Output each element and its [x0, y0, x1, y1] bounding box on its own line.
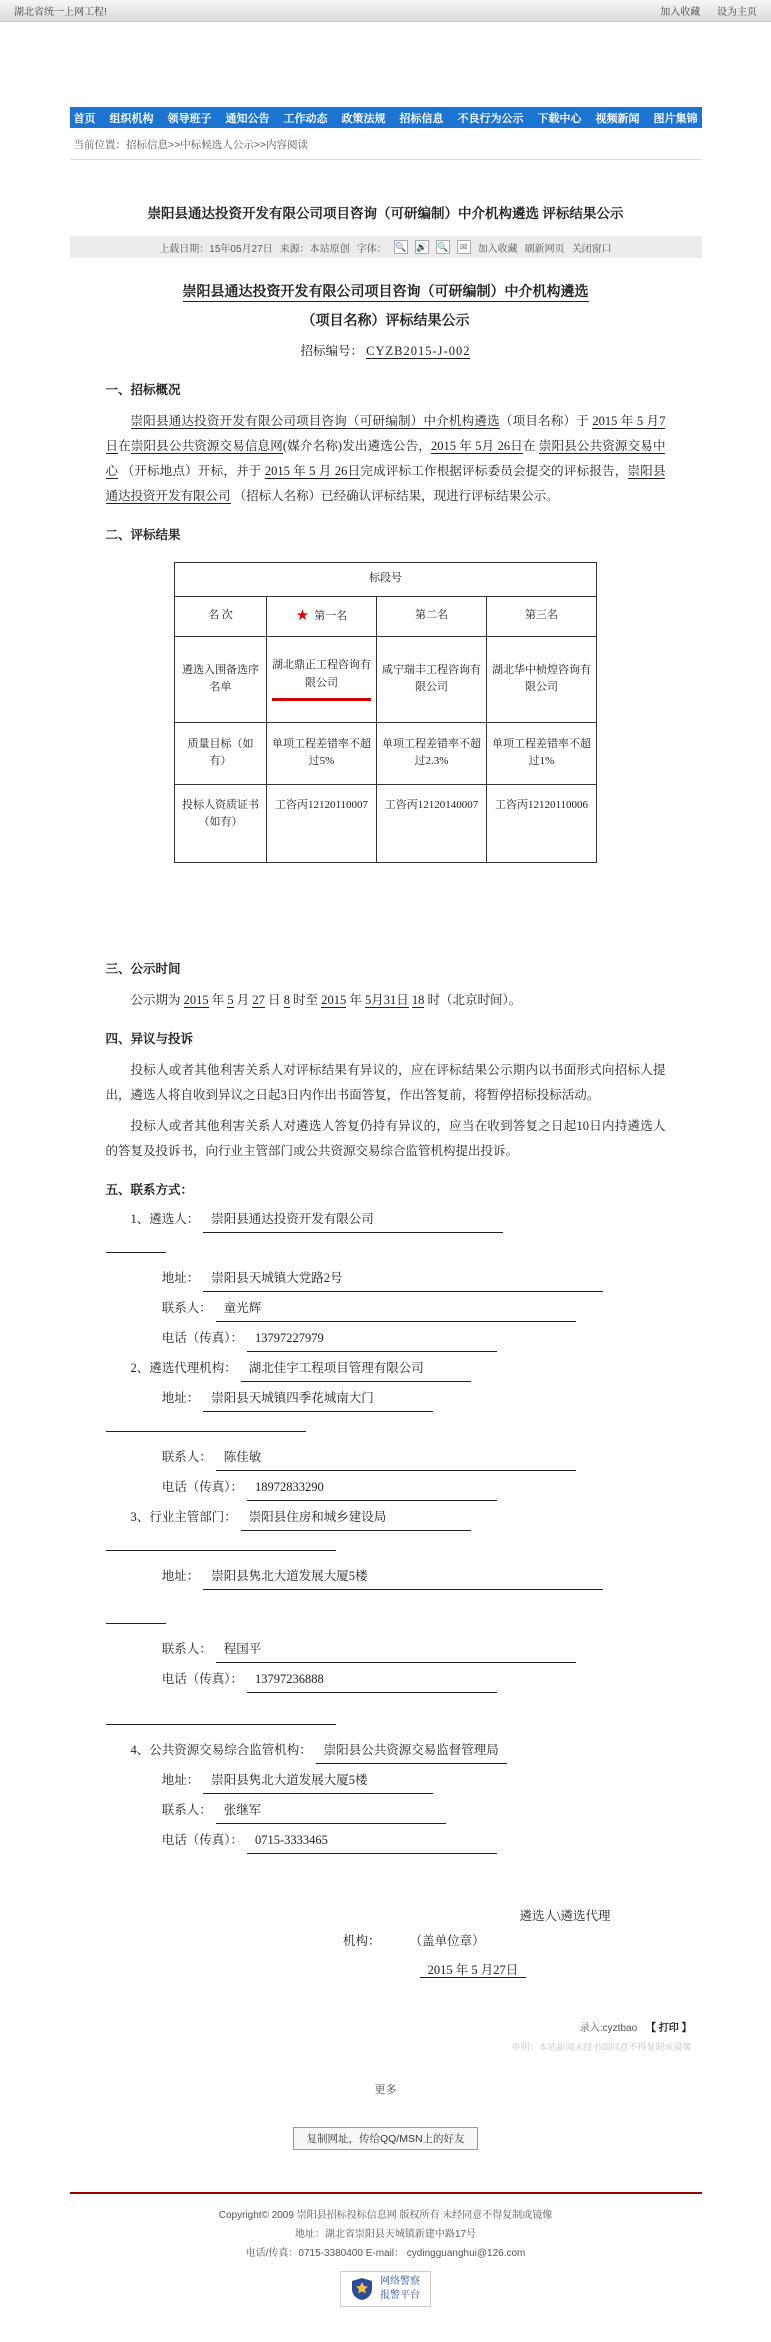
- contact-4-phone: 0715-3333465: [247, 1828, 497, 1854]
- contact-1-address-label: 地址：: [162, 1271, 200, 1285]
- certificate-second-cell: 工咨丙12120140007: [377, 784, 487, 862]
- section-3-paragraph: 公示期为 2015 年 5 月 27 日 8 时至 2015 年 5月31日 1…: [106, 988, 666, 1013]
- signature-seal-note: （盖单位章）: [410, 1934, 485, 1948]
- section-3-heading: 三、公示时间: [106, 957, 666, 982]
- section-1-paragraph: 崇阳县通达投资开发有限公司项目咨询（可研编制）中介机构遴选（项目名称）于 201…: [106, 409, 666, 509]
- nav-item-policies[interactable]: 政策法规: [335, 110, 393, 126]
- section-4-paragraph-2: 投标人或者其他利害关系人对遴选人答复仍持有异议的，应当在收到答复之日起10日内持…: [106, 1114, 666, 1164]
- breadcrumb[interactable]: 当前位置：招标信息>>中标候选人公示>>内容阅读: [70, 128, 702, 160]
- font-zoom-out-icon[interactable]: 🔍: [436, 240, 450, 254]
- certificate-first-cell: 工咨丙12120110007: [267, 784, 377, 862]
- meta-close-window-link[interactable]: 关闭窗口: [572, 240, 612, 255]
- doc-title-line1: 崇阳县通达投资开发有限公司项目咨询（可研编制）中介机构遴选: [183, 285, 589, 302]
- contact-3-address-label: 地址：: [162, 1569, 200, 1583]
- doc-title: 崇阳县通达投资开发有限公司项目咨询（可研编制）中介机构遴选 （项目名称）评标结果…: [106, 278, 666, 337]
- top-strip: 湖北省统一上网工程! 加入收藏 设为主页: [0, 0, 771, 22]
- shortlist-second-cell: 咸宁瑞丰工程咨询有限公司: [377, 636, 487, 722]
- contact-4-number: 4、: [131, 1743, 150, 1757]
- main-nav: 首页 组织机构 领导班子 通知公告 工作动态 政策法规 招标信息 不良行为公示 …: [70, 107, 702, 128]
- contact-block-supervisor: 4、公共资源交易综合监管机构：崇阳县公共资源交易监督管理局 地址：崇阳县隽北大道…: [106, 1738, 666, 1854]
- nav-item-photo-gallery[interactable]: 图片集锦: [647, 110, 705, 126]
- audio-read-icon[interactable]: 🔊: [415, 240, 429, 254]
- rank-second-cell: 第二名: [377, 596, 487, 636]
- meta-add-favorite-link[interactable]: 加入收藏: [478, 240, 518, 255]
- contact-1-phone: 13797227979: [247, 1326, 497, 1352]
- signature-block: 遴选人\遴选代理 机构： （盖单位章） 2015 年 5 月27日: [106, 1904, 666, 1983]
- nav-item-leadership[interactable]: 领导班子: [161, 110, 219, 126]
- contact-3-value: 崇阳县住房和城乡建设局: [241, 1505, 471, 1531]
- rank-third-cell: 第三名: [487, 596, 597, 636]
- contact-2-phone-label: 电话（传真）：: [162, 1480, 243, 1494]
- article-source: 来源：本站原创: [280, 240, 350, 255]
- blank-underline: [106, 1239, 166, 1253]
- footer-contact: 电话/传真：0715-3380400 E-mail： cydingguanghu…: [70, 2244, 702, 2263]
- section-5-heading: 五、联系方式：: [106, 1178, 666, 1203]
- rank-label-cell: 名 次: [175, 596, 267, 636]
- section-4-paragraph-1: 投标人或者其他利害关系人对评标结果有异议的，应在评标结果公示期内以书面形式向招标…: [106, 1058, 666, 1108]
- blank-underline: [106, 1537, 336, 1551]
- police-report-link[interactable]: 网络警察 报警平台: [340, 2271, 431, 2307]
- page-footer: Copyright© 2009 崇阳县招标投标信息网 版权所有 未经同意不得复制…: [70, 2192, 702, 2342]
- shortlist-row-label: 遴选入围备选序名单: [175, 636, 267, 722]
- contact-2-label: 遴选代理机构：: [149, 1361, 237, 1375]
- meta-refresh-link[interactable]: 刷新网页: [525, 240, 565, 255]
- contact-1-value: 崇阳县通达投资开发有限公司: [203, 1207, 503, 1233]
- contact-3-phone-label: 电话（传真）：: [162, 1672, 243, 1686]
- mail-icon[interactable]: ✉: [457, 240, 471, 254]
- evaluation-result-table: 标段号 名 次 ★第一名 第二名 第三名 遴选入围备选序名单 湖北鼎正工程咨询有…: [174, 562, 597, 863]
- contact-4-address: 崇阳县隽北大道发展大厦5楼: [203, 1768, 433, 1794]
- quality-second-cell: 单项工程差错率不超过2.3%: [377, 722, 487, 784]
- contact-4-value: 崇阳县公共资源交易监督管理局: [316, 1738, 507, 1764]
- entry-print-line: 录入:cyztbao 【 打印 】: [70, 2019, 702, 2034]
- star-icon: ★: [296, 608, 309, 624]
- rank-first-label: 第一名: [314, 610, 347, 622]
- signature-org-label: 机构：: [343, 1934, 381, 1948]
- contact-2-address-label: 地址：: [162, 1391, 200, 1405]
- bid-number-label: 招标编号：: [301, 344, 364, 358]
- contact-2-phone: 18972833290: [247, 1475, 497, 1501]
- article-meta-bar: 上载日期：15年05月27日 来源：本站原创 字体： 🔍 🔊 🔍 ✉ 加入收藏 …: [70, 236, 702, 258]
- contact-1-person-label: 联系人：: [162, 1301, 212, 1315]
- contact-4-address-label: 地址：: [162, 1773, 200, 1787]
- font-zoom-in-icon[interactable]: 🔍: [394, 240, 408, 254]
- police-text-line1: 网络警察: [380, 2276, 420, 2287]
- quality-first-cell: 单项工程差错率不超过5%: [267, 722, 377, 784]
- bid-number-line: 招标编号： CYZB2015-J-002: [106, 339, 666, 364]
- police-badge-icon: [351, 2277, 373, 2301]
- contact-3-phone: 13797236888: [247, 1667, 497, 1693]
- footer-address: 地址：湖北省崇阳县天城镇新建中路17号: [70, 2225, 702, 2244]
- quality-row-label: 质量目标（如有）: [175, 722, 267, 784]
- shortlist-first-cell: 湖北鼎正工程咨询有限公司: [267, 636, 377, 722]
- nav-item-downloads[interactable]: 下载中心: [531, 110, 589, 126]
- contact-block-selector: 1、遴选人：崇阳县通达投资开发有限公司 地址：崇阳县天城镇大党路2号 联系人：童…: [106, 1207, 666, 1352]
- contact-3-address: 崇阳县隽北大道发展大厦5楼: [203, 1564, 603, 1590]
- nav-item-bad-conduct[interactable]: 不良行为公示: [451, 110, 531, 126]
- contact-block-authority: 3、行业主管部门：崇阳县住房和城乡建设局 地址：崇阳县隽北大道发展大厦5楼 联系…: [106, 1505, 666, 1734]
- contact-4-person-label: 联系人：: [162, 1803, 212, 1817]
- copyright-text: Copyright© 2009 崇阳县招标投标信息网 版权所有 未经同意不得复制…: [70, 2206, 702, 2225]
- blank-underline: [106, 1711, 336, 1725]
- signature-role: 遴选人\遴选代理: [106, 1904, 666, 1929]
- table-section-header: 标段号: [175, 562, 597, 596]
- share-qq-msn-button[interactable]: 复制网址，传给QQ/MSN上的好友: [293, 2127, 477, 2150]
- certificate-third-cell: 工咨丙12120110006: [487, 784, 597, 862]
- contact-4-label: 公共资源交易综合监管机构：: [149, 1743, 312, 1757]
- contact-1-number: 1、: [131, 1212, 150, 1226]
- entry-author: 录入:cyztbao: [580, 2023, 637, 2034]
- contact-2-number: 2、: [131, 1361, 150, 1375]
- page-title: 崇阳县通达投资开发有限公司项目咨询（可研编制）中介机构遴选 评标结果公示: [70, 202, 702, 222]
- contact-3-person: 程国平: [216, 1637, 576, 1663]
- upload-date: 上载日期：15年05月27日: [159, 240, 272, 255]
- document-body: 崇阳县通达投资开发有限公司项目咨询（可研编制）中介机构遴选 （项目名称）评标结果…: [70, 258, 702, 1983]
- contact-4-phone-label: 电话（传真）：: [162, 1833, 243, 1847]
- font-size-label: 字体：: [357, 240, 387, 255]
- contact-1-label: 遴选人：: [149, 1212, 199, 1226]
- contact-2-person: 陈佳敏: [216, 1445, 576, 1471]
- signature-date: 2015 年 5 月27日: [420, 1963, 527, 1978]
- nav-item-organization[interactable]: 组织机构: [103, 110, 161, 126]
- contact-1-person: 童光辉: [216, 1296, 576, 1322]
- doc-title-line2: （项目名称）评标结果公示: [302, 314, 470, 329]
- nav-item-work-news[interactable]: 工作动态: [277, 110, 335, 126]
- contact-1-phone-label: 电话（传真）：: [162, 1331, 243, 1345]
- quality-third-cell: 单项工程差错率不超过1%: [487, 722, 597, 784]
- shortlist-third-cell: 湖北华中桢煌咨询有限公司: [487, 636, 597, 722]
- contact-4-person: 张继军: [216, 1798, 446, 1824]
- bid-number-value: CYZB2015-J-002: [366, 344, 470, 359]
- contact-block-agency: 2、遴选代理机构：湖北佳宇工程项目管理有限公司 地址：崇阳县天城镇四季花城南大门…: [106, 1356, 666, 1501]
- contact-3-number: 3、: [131, 1510, 150, 1524]
- certificate-row-label: 投标人资质证书（如有）: [175, 784, 267, 862]
- contact-3-person-label: 联系人：: [162, 1642, 212, 1656]
- contact-2-person-label: 联系人：: [162, 1450, 212, 1464]
- police-text-line2: 报警平台: [380, 2290, 420, 2301]
- nav-item-video-news[interactable]: 视频新闻: [589, 110, 647, 126]
- contact-1-address: 崇阳县天城镇大党路2号: [203, 1266, 603, 1292]
- site-slogan: 湖北省统一上网工程!: [14, 3, 107, 18]
- contact-2-value: 湖北佳宇工程项目管理有限公司: [241, 1356, 471, 1382]
- nav-item-notices[interactable]: 通知公告: [219, 110, 277, 126]
- nav-item-home[interactable]: 首页: [67, 110, 103, 126]
- winner-company-name: 湖北鼎正工程咨询有限公司: [272, 657, 371, 701]
- section-4-heading: 四、异议与投诉: [106, 1027, 666, 1052]
- blank-underline: [106, 1418, 306, 1432]
- rank-first-cell: ★第一名: [267, 596, 377, 636]
- add-favorite-link[interactable]: 加入收藏: [660, 7, 700, 18]
- nav-item-bid-info[interactable]: 招标信息: [393, 110, 451, 126]
- more-link[interactable]: 更多: [70, 2081, 702, 2097]
- print-button[interactable]: 【 打印 】: [646, 2023, 692, 2034]
- section-2-heading: 二、评标结果: [106, 523, 666, 548]
- section-1-heading: 一、招标概况: [106, 378, 666, 403]
- blank-underline: [106, 1610, 166, 1624]
- contact-2-address: 崇阳县天城镇四季花城南大门: [203, 1386, 433, 1412]
- disclaimer-text: 申明：本站新闻未经书面同意不得复制或镜像: [70, 2040, 702, 2053]
- set-homepage-link[interactable]: 设为主页: [717, 7, 757, 18]
- contact-3-label: 行业主管部门：: [149, 1510, 237, 1524]
